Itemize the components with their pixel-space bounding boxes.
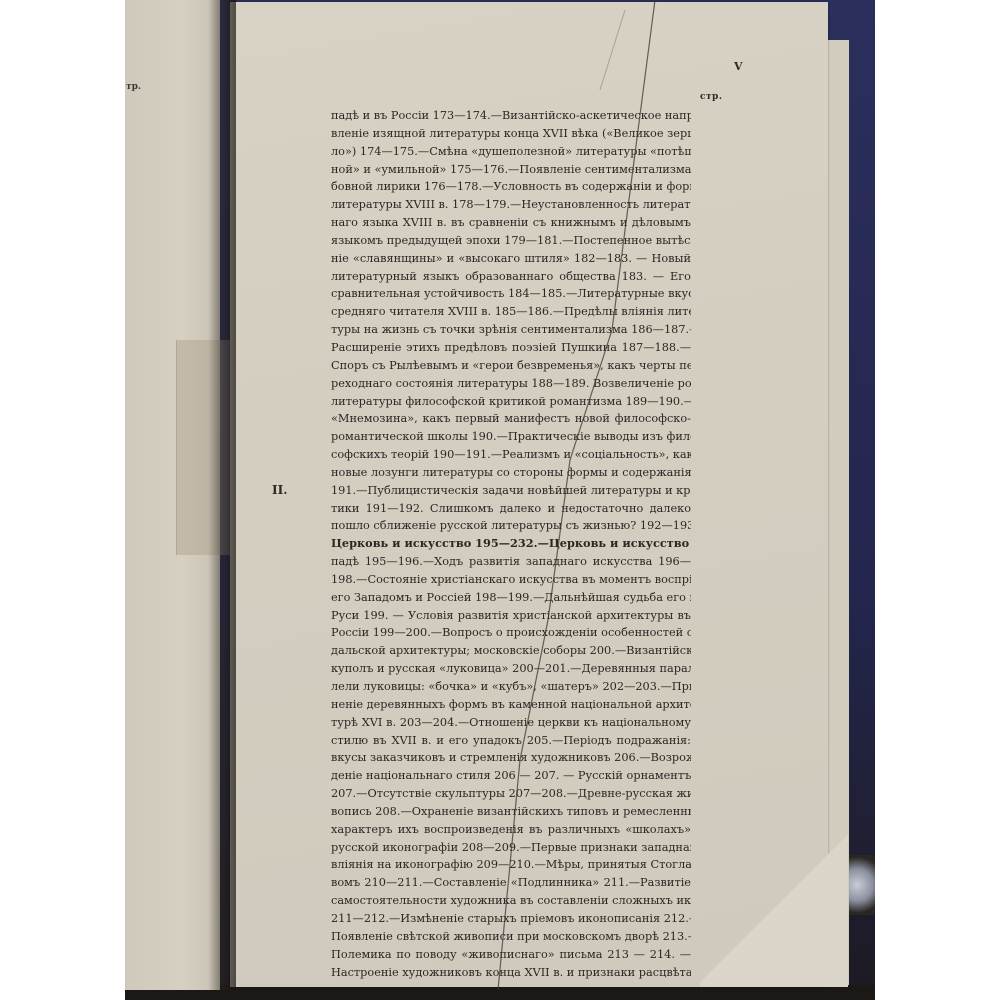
section-heading-line: Церковь и искусство 195—232.—Церковь и и… bbox=[331, 535, 691, 553]
toc-line: софскихъ теорій 190—191.—Реализмъ и «соц… bbox=[331, 446, 691, 464]
toc-line: деніе національнаго стиля 206 — 207. — Р… bbox=[331, 767, 691, 785]
toc-line: Руси 199. — Условія развитія христіанско… bbox=[331, 607, 691, 625]
toc-line: «Мнемозина», какъ первый манифестъ новой… bbox=[331, 410, 691, 428]
toc-line: лели луковицы: «бочка» и «кубъ», «шатеръ… bbox=[331, 678, 691, 696]
gutter-shadow bbox=[208, 0, 236, 990]
toc-line: вкусы заказчиковъ и стремленія художнико… bbox=[331, 749, 691, 767]
toc-line: стилю въ XVII в. и его упадокъ 205.—Пері… bbox=[331, 732, 691, 750]
toc-line: ной» и «умильной» 175—176.—Появленіе сен… bbox=[331, 161, 691, 179]
toc-line: туры на жизнь съ точки зрѣнія сентимента… bbox=[331, 321, 691, 339]
toc-line: литературный языкъ образованнаго обществ… bbox=[331, 268, 691, 286]
toc-line: бовной лирики 176—178.—Условность въ сод… bbox=[331, 178, 691, 196]
toc-line: его Западомъ и Россіей 198—199.—Дальнѣйш… bbox=[331, 589, 691, 607]
toc-line: вопись 208.—Охраненіе византійскихъ типо… bbox=[331, 803, 691, 821]
toc-line: самостоятельности художника въ составлен… bbox=[331, 892, 691, 910]
toc-line: 191.—Публицистическія задачи новѣйшей ли… bbox=[331, 482, 691, 500]
section-numeral: II. bbox=[272, 483, 287, 497]
left-page-margin-fragment: тр. bbox=[126, 82, 141, 92]
toc-line: пошло сближеніе русской литературы съ жи… bbox=[331, 517, 691, 535]
toc-line: Настроеніе художниковъ конца XVII в. и п… bbox=[331, 964, 691, 982]
toc-line: наго языка XVIII в. въ сравненіи съ книж… bbox=[331, 214, 691, 232]
toc-line: характеръ ихъ воспроизведенія въ различн… bbox=[331, 821, 691, 839]
toc-line: 207.—Отсутствіе скульптуры 207—208.—Древ… bbox=[331, 785, 691, 803]
toc-line: неніе деревянныхъ формъ въ каменной наці… bbox=[331, 696, 691, 714]
paper-debris bbox=[845, 855, 875, 915]
toc-line: романтической школы 190.—Практическіе вы… bbox=[331, 428, 691, 446]
toc-line: тики 191—192. Слишкомъ далеко и недостат… bbox=[331, 500, 691, 518]
toc-line: падѣ и въ Россіи 173—174.—Византійско-ас… bbox=[331, 107, 691, 125]
toc-line: сравнительная устойчивость 184—185.—Лите… bbox=[331, 285, 691, 303]
toc-line: Россіи 199—200.—Вопросъ о происхожденіи … bbox=[331, 624, 691, 642]
toc-line: падѣ 195—196.—Ходъ развитія западнаго ис… bbox=[331, 553, 691, 571]
toc-line: дальской архитектуры; московскіе соборы … bbox=[331, 642, 691, 660]
toc-line: Споръ съ Рылѣевымъ и «герои безвременья»… bbox=[331, 357, 691, 375]
toc-line: реходнаго состоянія литературы 188—189. … bbox=[331, 375, 691, 393]
table-surface-edge bbox=[125, 985, 875, 1000]
toc-line: куполъ и русская «луковица» 200—201.—Дер… bbox=[331, 660, 691, 678]
page-number: V bbox=[734, 60, 743, 73]
toc-line: вомъ 210—211.—Составленіе «Подлинника» 2… bbox=[331, 874, 691, 892]
toc-line: ло») 174—175.—Смѣна «душеполезной» литер… bbox=[331, 143, 691, 161]
toc-line: вленіе изящной литературы конца XVII вѣк… bbox=[331, 125, 691, 143]
toc-line: ніе «славянщины» и «высокаго штиля» 182—… bbox=[331, 250, 691, 268]
toc-line: вліянія на иконографію 209—210.—Мѣры, пр… bbox=[331, 856, 691, 874]
toc-line: Появленіе свѣтской живописи при московск… bbox=[331, 928, 691, 946]
toc-body: падѣ и въ Россіи 173—174.—Византійско-ас… bbox=[331, 107, 691, 981]
toc-line: новые лозунги литературы со стороны форм… bbox=[331, 464, 691, 482]
toc-line: русской иконографіи 208—209.—Первые приз… bbox=[331, 839, 691, 857]
folded-corner bbox=[700, 830, 848, 987]
toc-line: 211—212.—Измѣненіе старыхъ пріемовъ икон… bbox=[331, 910, 691, 928]
toc-line: 198.—Состояніе христіанскаго искусства в… bbox=[331, 571, 691, 589]
toc-line: Расширеніе этихъ предѣловъ поэзіей Пушки… bbox=[331, 339, 691, 357]
column-header: стр. bbox=[700, 92, 722, 102]
toc-line: литературы философской критикой романтиз… bbox=[331, 393, 691, 411]
toc-line: средняго читателя XVIII в. 185—186.—Пред… bbox=[331, 303, 691, 321]
toc-line: языкомъ предыдущей эпохи 179—181.—Постеп… bbox=[331, 232, 691, 250]
toc-line: литературы XVIII в. 178—179.—Неустановле… bbox=[331, 196, 691, 214]
toc-line: Полемика по поводу «живописнаго» письма … bbox=[331, 946, 691, 964]
photo-canvas: тр. V стр. падѣ и въ Россіи 173—174.—Виз… bbox=[0, 0, 1000, 1000]
toc-line: турѣ XVI в. 203—204.—Отношеніе церкви къ… bbox=[331, 714, 691, 732]
